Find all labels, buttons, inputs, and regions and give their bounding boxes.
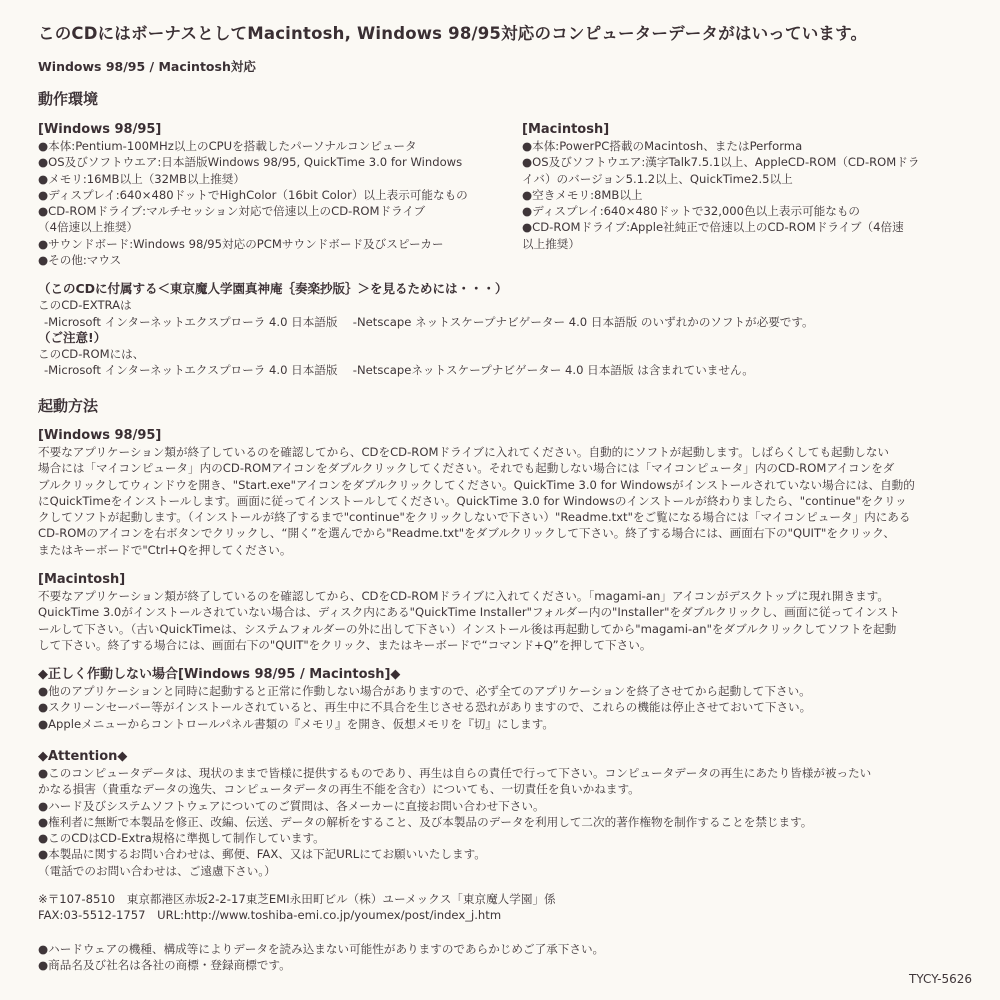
attention-line: ●ハード及びシステムソフトウェアについてのご質問は、各メーカーに直接お問い合わせ… — [38, 798, 993, 814]
cd-extra-line: -Microsoft インターネットエクスプローラ 4.0 日本語版 -Nets… — [38, 362, 988, 378]
req-mac-line: ●CD-ROMドライブ:Apple社純正で倍速以上のCD-ROMドライブ（4倍速 — [522, 219, 992, 235]
launch-windows: [Windows 98/95] 不要なアプリケーション類が終了しているのを確認し… — [38, 427, 993, 558]
page-title: このCDにはボーナスとしてMacintosh, Windows 98/95対応の… — [38, 20, 867, 44]
launch-win-line: CD-ROMのアイコンを右ボタンでクリックし、“開く”を選んでから"Readme… — [38, 525, 993, 541]
requirements-mac-heading: [Macintosh] — [522, 121, 992, 138]
req-mac-line: ●OS及びソフトウエア:漢字Talk7.5.1以上、AppleCD-ROM（CD… — [522, 154, 992, 170]
cd-extra-section: （このCDに付属する＜東京魔人学園真神庵｛奏楽抄版｝＞を見るためには・・・） こ… — [38, 281, 988, 379]
page-subtitle: Windows 98/95 / Macintosh対応 — [38, 57, 256, 75]
requirements-macintosh: [Macintosh] ●本体:PowerPC搭載のMacintosh、またはP… — [522, 121, 992, 252]
req-mac-line: 以上推奨） — [522, 236, 992, 252]
launch-heading: 起動方法 — [38, 395, 98, 416]
launch-mac-line: ールして下さい。（古いQuickTimeは、システムフォルダーの外に出して下さい… — [38, 621, 993, 637]
attention-line: ●このコンピュータデータは、現状のままで皆様に提供するものであり、再生は自らの責… — [38, 765, 993, 781]
req-win-line: ●メモリ:16MB以上（32MB以上推奨） — [38, 171, 518, 187]
requirements-heading: 動作環境 — [38, 88, 98, 109]
attention-heading: ◆Attention◆ — [38, 748, 993, 765]
contact-section: ※〒107-8510 東京都港区赤坂2-2-17東芝EMI永田町ビル（株）ユーメ… — [38, 891, 993, 924]
req-mac-line: ●本体:PowerPC搭載のMacintosh、またはPerforma — [522, 138, 992, 154]
attention-line: ●権利者に無断で本製品を修正、改編、伝送、データの解析をすること、及び本製品のデ… — [38, 814, 993, 830]
launch-mac-line: して下さい。終了する場合には、画面右下の"QUIT"をクリック、またはキーボード… — [38, 637, 993, 653]
launch-win-line: 場合には「マイコンピュータ」内のCD-ROMアイコンをダブルクリックしてください… — [38, 460, 993, 476]
notes-section: ●ハードウェアの機種、構成等によりデータを読み込まない可能性がありますのであらか… — [38, 941, 993, 974]
attention-section: ◆Attention◆ ●このコンピュータデータは、現状のままで皆様に提供するも… — [38, 748, 993, 879]
note-line: ●ハードウェアの機種、構成等によりデータを読み込まない可能性がありますのであらか… — [38, 941, 993, 957]
req-win-line: ●OS及びソフトウエア:日本語版Windows 98/95, QuickTime… — [38, 154, 518, 170]
notice-heading: （ご注意!） — [38, 330, 988, 346]
cd-extra-heading: （このCDに付属する＜東京魔人学園真神庵｛奏楽抄版｝＞を見るためには・・・） — [38, 281, 988, 297]
cd-extra-line: -Microsoft インターネットエクスプローラ 4.0 日本語版 -Nets… — [38, 314, 988, 330]
contact-fax-url: FAX:03-5512-1757 URL:http://www.toshiba-… — [38, 907, 993, 923]
req-win-line: ●ディスプレイ:640×480ドットでHighColor（16bit Color… — [38, 187, 518, 203]
launch-mac-line: 不要なアプリケーション類が終了しているのを確認してから、CDをCD-ROMドライ… — [38, 588, 993, 604]
attention-line: ●本製品に関するお問い合わせは、郵便、FAX、又は下記URLにてお願いいたします… — [38, 846, 993, 862]
req-win-line: （4倍速以上推奨） — [38, 219, 518, 235]
troubleshoot-section: ◆正しく作動しない場合[Windows 98/95 / Macintosh]◆ … — [38, 666, 993, 732]
launch-macintosh: [Macintosh] 不要なアプリケーション類が終了しているのを確認してから、… — [38, 571, 993, 653]
troubleshoot-line: ●他のアプリケーションと同時に起動すると正常に作動しない場合がありますので、必ず… — [38, 683, 993, 699]
note-line: ●商品名及び社名は各社の商標・登録商標です。 — [38, 957, 993, 973]
requirements-windows: [Windows 98/95] ●本体:Pentium-100MHz以上のCPU… — [38, 121, 518, 268]
cd-extra-line: このCD-ROMには、 — [38, 346, 988, 362]
launch-windows-heading: [Windows 98/95] — [38, 427, 993, 444]
req-mac-line: イバ）のバージョン5.1.2以上、QuickTime2.5以上 — [522, 171, 992, 187]
req-mac-line: ●空きメモリ:8MB以上 — [522, 187, 992, 203]
attention-line: （電話でのお問い合わせは、ご遠慮下さい。） — [38, 863, 993, 879]
troubleshoot-heading: ◆正しく作動しない場合[Windows 98/95 / Macintosh]◆ — [38, 666, 993, 683]
launch-win-line: またはキーボードで"Ctrl+Qを押してください。 — [38, 542, 993, 558]
req-mac-line: ●ディスプレイ:640×480ドットで32,000色以上表示可能なもの — [522, 203, 992, 219]
req-win-line: ●本体:Pentium-100MHz以上のCPUを搭載したパーソナルコンピュータ — [38, 138, 518, 154]
req-win-line: ●その他:マウス — [38, 252, 518, 268]
launch-win-line: クしてソフトが起動します。（インストールが終了するまで"continue"をクリ… — [38, 509, 993, 525]
req-win-line: ●サウンドボード:Windows 98/95対応のPCMサウンドボード及びスピー… — [38, 236, 518, 252]
launch-mac-line: QuickTime 3.0がインストールされていない場合は、ディスク内にある"Q… — [38, 604, 993, 620]
requirements-windows-heading: [Windows 98/95] — [38, 121, 518, 138]
troubleshoot-line: ●スクリーンセーバー等がインストールされていると、再生中に不具合を生じさせる恐れ… — [38, 699, 993, 715]
launch-mac-heading: [Macintosh] — [38, 571, 993, 588]
catalog-number: TYCY-5626 — [909, 972, 972, 986]
cd-extra-line: このCD-EXTRAは — [38, 297, 988, 313]
launch-win-line: ブルクリックしてウィンドウを開き、"Start.exe"アイコンをダブルクリック… — [38, 477, 993, 493]
contact-address: ※〒107-8510 東京都港区赤坂2-2-17東芝EMI永田町ビル（株）ユーメ… — [38, 891, 993, 907]
troubleshoot-line: ●Appleメニューからコントロールパネル書類の『メモリ』を開き、仮想メモリを『… — [38, 716, 993, 732]
attention-line: かなる損害（貴重なデータの逸失、コンピュータデータの再生不能を含む）についても、… — [38, 781, 993, 797]
launch-win-line: 不要なアプリケーション類が終了しているのを確認してから、CDをCD-ROMドライ… — [38, 444, 993, 460]
attention-line: ●このCDはCD-Extra規格に準拠して制作しています。 — [38, 830, 993, 846]
launch-win-line: にQuickTimeをインストールします。画面に従ってインストールしてください。… — [38, 493, 993, 509]
req-win-line: ●CD-ROMドライブ:マルチセッション対応で倍速以上のCD-ROMドライブ — [38, 203, 518, 219]
